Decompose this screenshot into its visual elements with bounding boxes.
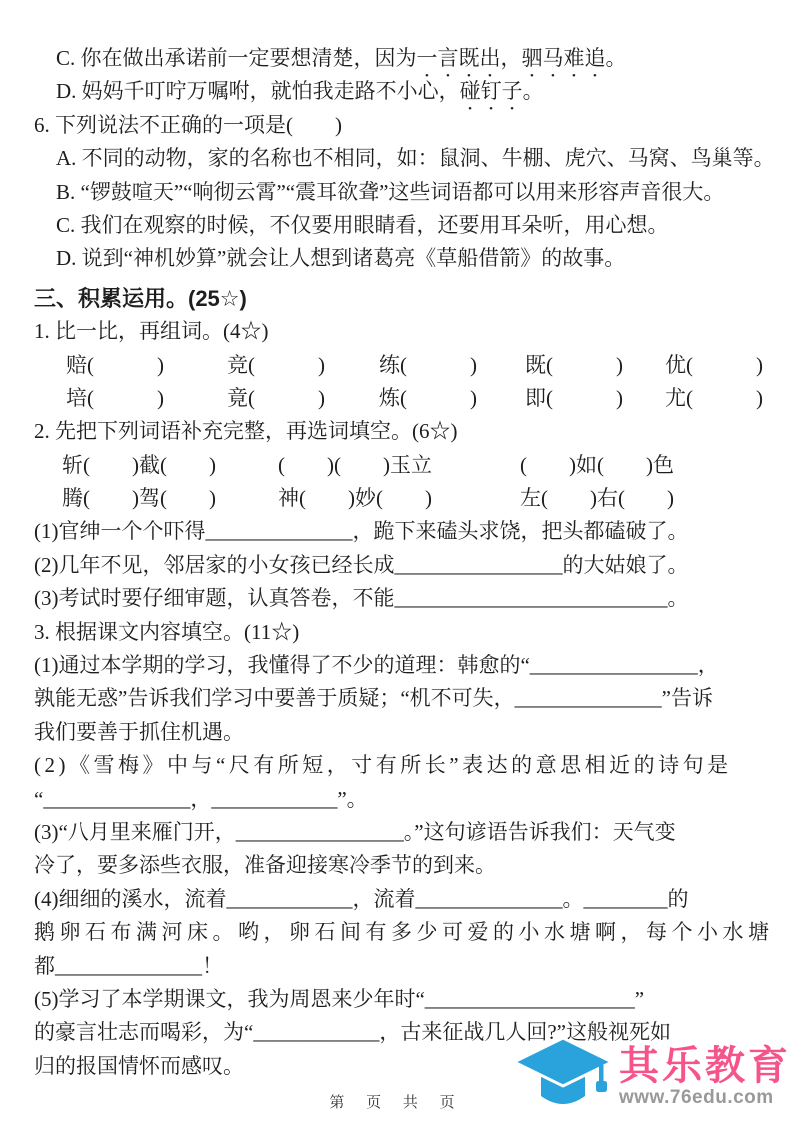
word-pair-cell: 练( ) <box>379 349 477 382</box>
word-pair-cell: 炼( ) <box>379 382 477 415</box>
q3-item-2-line-2: “______________，____________”。 <box>34 783 763 816</box>
text-segment: 3. 根据课文内容填空。(11☆) <box>34 620 299 644</box>
text-segment: 都______________！ <box>34 954 223 978</box>
text-segment: 2. 先把下列词语补充完整，再选词填空。(6☆) <box>34 419 458 443</box>
word-pair-cell: 即( ) <box>525 382 623 415</box>
page-footer: 第 页 共 页 <box>329 1091 463 1112</box>
q2-blank-1: (1)官绅一个个吓得______________，跪下来磕头求饶，把头都磕破了。 <box>34 515 763 548</box>
q3-item-4-line-2: 鹅卵石布满河床。哟，卵石间有多少可爱的小水塘啊，每个小水塘 <box>34 916 763 949</box>
q3-item-2-line-1: (2)《雪梅》中与“尺有所短，寸有所长”表达的意思相近的诗句是 <box>34 749 763 782</box>
text-segment: 归的报国情怀而感叹。 <box>34 1054 244 1078</box>
text-segment: D. 说到“神机妙算”就会让人想到诸葛亮《草船借箭》的故事。 <box>56 246 625 270</box>
q2-blank-3: (3)考试时要仔细审题，认真答卷，不能_____________________… <box>34 582 763 615</box>
text-segment: (2)几年不见，邻居家的小女孩已经长成________________的大姑娘了… <box>34 553 688 577</box>
text-segment: 鹅卵石布满河床。哟，卵石间有多少可爱的小水塘啊，每个小水塘 <box>34 920 774 944</box>
text-segment: A. 不同的动物，家的名称也不相同，如：鼠洞、牛棚、虎穴、马窝、鸟巢等。 <box>56 146 775 170</box>
q5-option-c: C. 你在做出承诺前一定要想清楚，因为一言既出，驷马难追。 <box>34 42 763 75</box>
q2-blank-2: (2)几年不见，邻居家的小女孩已经长成________________的大姑娘了… <box>34 549 763 582</box>
text-segment: (5)学习了本学期课文，我为周恩来少年时“___________________… <box>34 987 644 1011</box>
q3-item-1-line-1: (1)通过本学期的学习，我懂得了不少的道理：韩愈的“______________… <box>34 649 763 682</box>
q3-item-1-line-2: 孰能无惑”告诉我们学习中要善于质疑；“机不可失，______________”告… <box>34 682 763 715</box>
text-segment: C. 我们在观察的时候，不仅要用眼睛看，还要用耳朵听，用心想。 <box>56 213 669 237</box>
q6-option-b: B. “锣鼓喧天”“响彻云霄”“震耳欲聋”这些词语都可以用来形容声音很大。 <box>34 176 763 209</box>
graduation-cap-icon <box>513 1036 613 1116</box>
section-3-heading: 三、积累运用。(25☆) <box>34 282 763 315</box>
section3-q3: 3. 根据课文内容填空。(11☆) <box>34 616 763 649</box>
word-pair-cell: 神( )妙( ) <box>278 482 432 515</box>
text-segment: 。 <box>523 79 544 103</box>
q3-item-4-line-1: (4)细细的溪水，流着____________，流着______________… <box>34 883 763 916</box>
text-segment: D. 妈妈千叮咛万嘱咐，就怕我走路不小心， <box>56 79 460 103</box>
text-segment: (3)“八月里来雁门开，________________。”这句谚语告诉我们：天… <box>34 820 676 844</box>
q3-item-3-line-1: (3)“八月里来雁门开，________________。”这句谚语告诉我们：天… <box>34 816 763 849</box>
q3-item-1-line-3: 我们要善于抓住机遇。 <box>34 716 763 749</box>
q6-option-d: D. 说到“神机妙算”就会让人想到诸葛亮《草船借箭》的故事。 <box>34 242 763 275</box>
logo-text: 其乐教育 www.76edu.com <box>619 1045 791 1108</box>
text-segment: (1)官绅一个个吓得______________，跪下来磕头求饶，把头都磕破了。 <box>34 519 688 543</box>
site-logo: 其乐教育 www.76edu.com <box>513 1036 791 1116</box>
q2-idiom-row-2: 腾( )驾( )神( )妙( )左( )右( ) <box>34 482 763 515</box>
document-body: C. 你在做出承诺前一定要想清楚，因为一言既出，驷马难追。D. 妈妈千叮咛万嘱咐… <box>0 42 793 1083</box>
text-segment: (3)考试时要仔细审题，认真答卷，不能_____________________… <box>34 586 689 610</box>
cap-shape <box>596 1081 607 1092</box>
text-segment: 1. 比一比，再组词。(4☆) <box>34 319 269 343</box>
text-segment: (4)细细的溪水，流着____________，流着______________… <box>34 887 689 911</box>
question-6: 6. 下列说法不正确的一项是( ) <box>34 109 763 142</box>
logo-brand: 其乐教育 <box>619 1045 791 1087</box>
text-segment: 我们要善于抓住机遇。 <box>34 720 244 744</box>
q1-word-row-1: 赔( )竞( )练( )既( )优( ) <box>34 349 763 382</box>
section3-q1: 1. 比一比，再组词。(4☆) <box>34 315 763 348</box>
word-pair-cell: 竟( ) <box>227 382 325 415</box>
logo-url: www.76edu.com <box>619 1087 774 1108</box>
text-segment: 孰能无惑”告诉我们学习中要善于质疑；“机不可失，______________”告… <box>34 686 713 710</box>
text-segment: C. 你在做出承诺前一定要想清楚，因为 <box>56 46 417 70</box>
word-pair-cell: ( )( )玉立 <box>278 449 432 482</box>
word-pair-cell: 既( ) <box>525 349 623 382</box>
word-pair-cell: 优( ) <box>665 349 763 382</box>
q6-option-a: A. 不同的动物，家的名称也不相同，如：鼠洞、牛棚、虎穴、马窝、鸟巢等。 <box>34 142 763 175</box>
word-pair-cell: 培( ) <box>66 382 164 415</box>
word-pair-cell: 腾( )驾( ) <box>62 482 216 515</box>
q2-idiom-row-1: 斩( )截( )( )( )玉立( )如( )色 <box>34 449 763 482</box>
text-segment: “______________，____________”。 <box>34 787 368 811</box>
word-pair-cell: 竞( ) <box>227 349 325 382</box>
q5-option-d: D. 妈妈千叮咛万嘱咐，就怕我走路不小心，碰钉子。 <box>34 75 763 108</box>
q3-item-5-line-1: (5)学习了本学期课文，我为周恩来少年时“___________________… <box>34 983 763 1016</box>
exam-page: C. 你在做出承诺前一定要想清楚，因为一言既出，驷马难追。D. 妈妈千叮咛万嘱咐… <box>0 0 793 1122</box>
text-segment: (2)《雪梅》中与“尺有所短，寸有所长”表达的意思相近的诗句是 <box>34 753 732 777</box>
text-segment: (1)通过本学期的学习，我懂得了不少的道理：韩愈的“______________… <box>34 653 719 677</box>
word-pair-cell: 斩( )截( ) <box>62 449 216 482</box>
emphasized-text: 碰钉子 <box>460 79 523 103</box>
emphasized-text: 一言既出，驷马难追 <box>417 46 606 70</box>
word-pair-cell: ( )如( )色 <box>520 449 674 482</box>
text-segment: 。 <box>606 46 627 70</box>
text-segment: 冷了，要多添些衣服，准备迎接寒冷季节的到来。 <box>34 853 496 877</box>
text-segment: B. “锣鼓喧天”“响彻云霄”“震耳欲聋”这些词语都可以用来形容声音很大。 <box>56 180 724 204</box>
word-pair-cell: 赔( ) <box>66 349 164 382</box>
cap-shape <box>514 1038 612 1086</box>
word-pair-cell: 左( )右( ) <box>520 482 674 515</box>
word-pair-cell: 尤( ) <box>665 382 763 415</box>
q6-option-c: C. 我们在观察的时候，不仅要用眼睛看，还要用耳朵听，用心想。 <box>34 209 763 242</box>
q3-item-4-line-3: 都______________！ <box>34 950 763 983</box>
q1-word-row-2: 培( )竟( )炼( )即( )尤( ) <box>34 382 763 415</box>
text-segment: 6. 下列说法不正确的一项是( ) <box>34 113 342 137</box>
section3-q2: 2. 先把下列词语补充完整，再选词填空。(6☆) <box>34 415 763 448</box>
q3-item-3-line-2: 冷了，要多添些衣服，准备迎接寒冷季节的到来。 <box>34 849 763 882</box>
text-segment: 三、积累运用。(25☆) <box>34 286 247 311</box>
